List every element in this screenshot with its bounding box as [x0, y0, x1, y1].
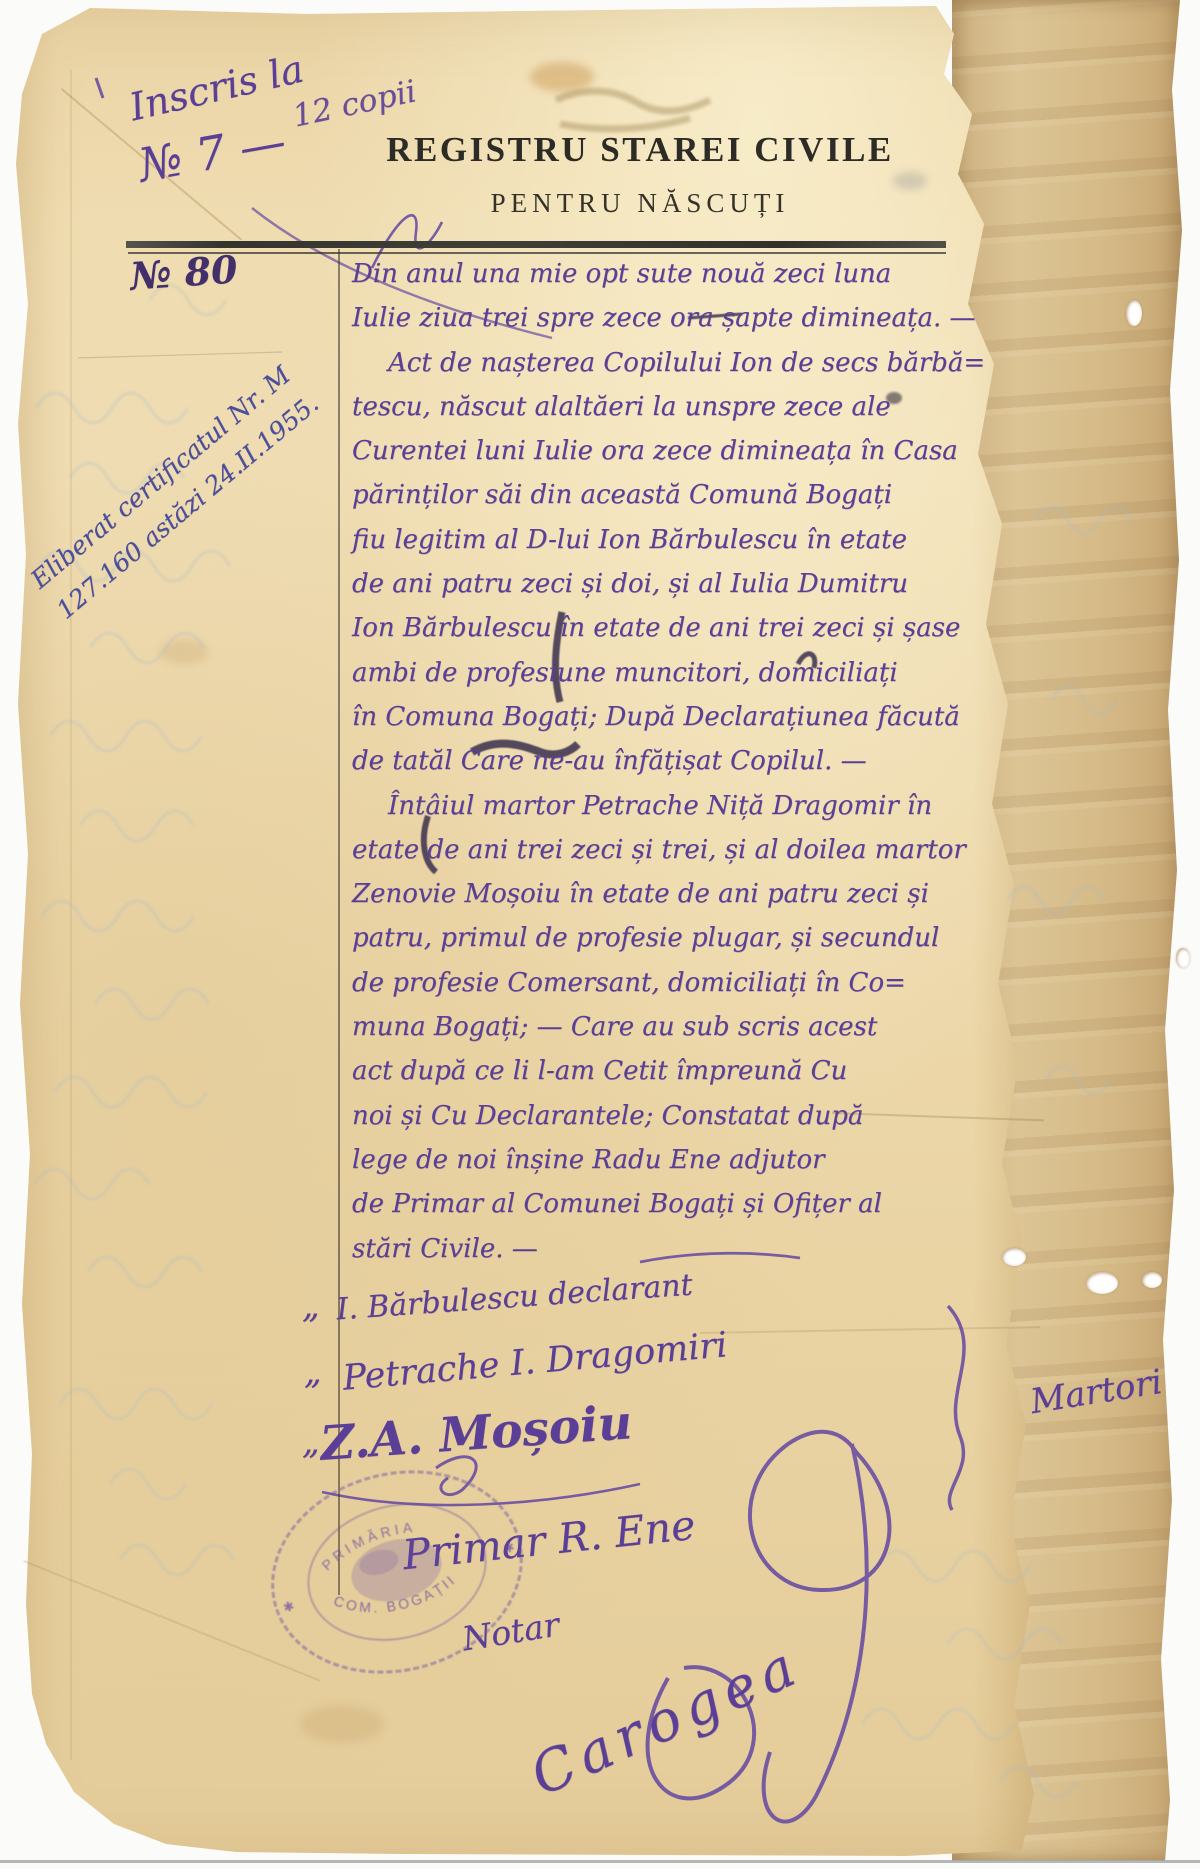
act-number: № 80: [129, 246, 239, 298]
margin-rule: [338, 249, 340, 1595]
quote-mark: „: [302, 1422, 320, 1462]
header-rule: [126, 241, 946, 248]
vertical-crease: [70, 70, 72, 1760]
manuscript-line: lege de noi înșine Radu Ene adjutor: [352, 1138, 1002, 1182]
manuscript-line: în Comuna Bogați; După Declarațiunea făc…: [352, 695, 1002, 739]
manuscript-line: Curentei luni Iulie ora zece dimineața î…: [352, 429, 1002, 473]
manuscript-line: Ion Bărbulescu în etate de ani trei zeci…: [352, 606, 1002, 650]
scanner-edge-line: [0, 1860, 1200, 1863]
age-spot: [530, 62, 594, 92]
manuscript-line: Act de nașterea Copilului Ion de secs bă…: [352, 341, 1002, 385]
manuscript-line: părinților săi din această Comună Bogați: [352, 473, 1002, 517]
registry-subtitle: PENTRU NĂSCUȚI: [250, 188, 1030, 219]
stamp-star-right: ✱: [502, 1540, 517, 1557]
manuscript-line: muna Bogați; — Care au sub scris acest: [352, 1005, 1002, 1049]
manuscript-line: Din anul una mie opt sute nouă zeci luna: [352, 252, 1002, 296]
manuscript-line: de profesie Comersant, domiciliați în Co…: [352, 961, 1002, 1005]
manuscript-line: stări Civile. —: [352, 1227, 1002, 1271]
stamp-star-left: ✱: [282, 1599, 297, 1616]
manuscript-line: de Primar al Comunei Bogați și Ofițer al: [352, 1182, 1002, 1226]
quote-mark: „: [302, 1286, 320, 1326]
manuscript-line: act după ce li l-am Cetit împreună Cu: [352, 1049, 1002, 1093]
manuscript-line: ambi de profesiune muncitori, domiciliaț…: [352, 651, 1002, 695]
manuscript-line: Iulie ziua trei spre zece ora șapte dimi…: [352, 296, 1002, 340]
manuscript-line: Zenovie Moșoiu în etate de ani patru zec…: [352, 872, 1002, 916]
manuscript-line: fiu legitim al D-lui Ion Bărbulescu în e…: [352, 518, 1002, 562]
paper-hole: [1002, 1248, 1026, 1266]
manuscript-line: Întâiul martor Petrache Niță Dragomir în: [352, 784, 1002, 828]
paper-hole: [1086, 1272, 1118, 1294]
manuscript-line: de tatăl Care ne-au înfățișat Copilul. —: [352, 739, 1002, 783]
manuscript-line: de ani patru zeci și doi, și al Iulia Du…: [352, 562, 1002, 606]
manuscript-line: etate de ani trei zeci și trei, și al do…: [352, 828, 1002, 872]
quote-mark: „: [304, 1352, 322, 1392]
paper-hole: [1176, 948, 1190, 968]
age-spot: [300, 1705, 384, 1743]
age-spot: [160, 640, 208, 664]
registry-title: REGISTRU STAREI CIVILE: [250, 130, 1030, 170]
manuscript-line: patru, primul de profesie plugar, și sec…: [352, 916, 1002, 960]
act-body-text: Din anul una mie opt sute nouă zeci luna…: [352, 252, 1002, 1271]
paper-hole: [1126, 300, 1142, 326]
paper-hole: [1142, 1272, 1162, 1288]
manuscript-line: tescu, născut alaltăeri la unspre zece a…: [352, 385, 1002, 429]
scanned-civil-registry-page: REGISTRU STAREI CIVILE PENTRU NĂSCUȚI In…: [0, 0, 1200, 1869]
manuscript-line: noi și Cu Declarantele; Constatat după: [352, 1094, 1002, 1138]
